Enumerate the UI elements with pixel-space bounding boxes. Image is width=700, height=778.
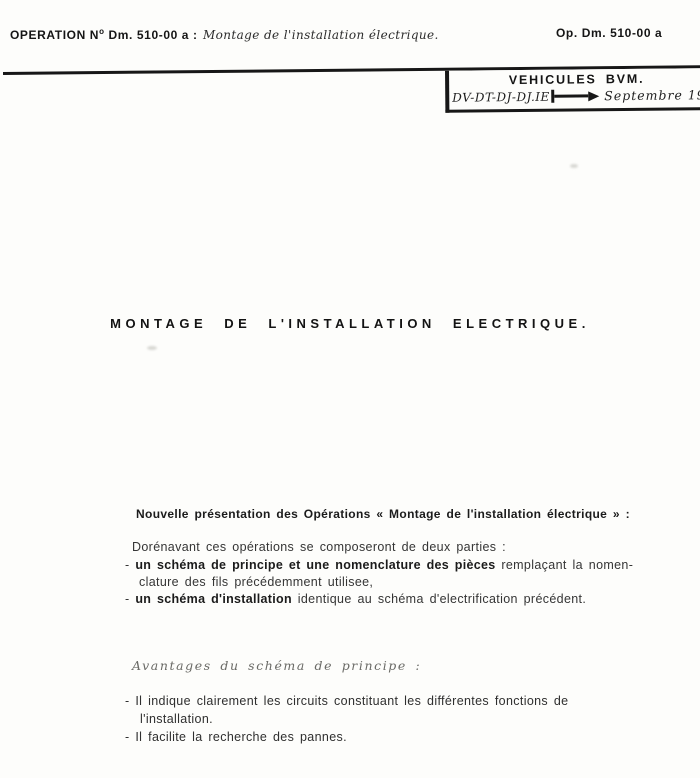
list-item-bold-fragment: un schéma de principe et une nomenclatur… <box>135 558 495 572</box>
right-arrow-icon <box>552 89 600 102</box>
header-operation-line: OPERATION No Dm. 510-00 a : Montage de l… <box>10 27 439 42</box>
list-item: - Il facilite la recherche des pannes. <box>125 730 347 744</box>
list-item: - Il indique clairement les circuits con… <box>125 694 568 708</box>
arrow-stem <box>554 95 588 98</box>
bullet-dash: - <box>125 558 130 572</box>
stamp-date: Septembre 1971 <box>604 87 700 103</box>
header-op-reference: Op. Dm. 510-00 a <box>556 26 662 40</box>
page-title: MONTAGE DE L'INSTALLATION ELECTRIQUE. <box>0 316 700 331</box>
vehicle-stamp-box: VEHICULES BVM. DV-DT-DJ-DJ.IE Septembre … <box>445 68 700 112</box>
stamp-models-line: DV-DT-DJ-DJ.IE Septembre 1971 <box>449 87 700 104</box>
list-item-text: identique au schéma d'electrification pr… <box>298 592 586 606</box>
document-page: OPERATION No Dm. 510-00 a : Montage de l… <box>0 0 700 778</box>
list-item: - un schéma d'installation identique au … <box>125 592 586 606</box>
list-item-text: Il indique clairement les circuits const… <box>135 694 568 708</box>
stamp-vehicles-label: VEHICULES BVM. <box>449 71 700 87</box>
arrow-head <box>588 91 599 101</box>
list-item-text: Il facilite la recherche des pannes. <box>135 730 347 744</box>
scan-speck <box>570 164 578 168</box>
list-item-bold-fragment: un schéma d'installation <box>135 592 292 606</box>
scan-speck <box>147 346 157 350</box>
list-item: - un schéma de principe et une nomenclat… <box>125 558 633 572</box>
operation-subject: Montage de l'installation électrique. <box>203 28 439 42</box>
list-item-continuation: l'installation. <box>140 712 213 726</box>
list-item-continuation: clature des fils précédemment utilisee, <box>139 575 373 589</box>
bullet-dash: - <box>125 730 130 744</box>
paragraph-intro: Dorénavant ces opérations se composeront… <box>132 540 506 554</box>
stamp-model-codes: DV-DT-DJ-DJ.IE <box>452 89 550 104</box>
bullet-dash: - <box>125 694 130 708</box>
header-rule-band: VEHICULES BVM. DV-DT-DJ-DJ.IE Septembre … <box>3 65 700 75</box>
section-heading-new-presentation: Nouvelle présentation des Opérations « M… <box>136 507 630 521</box>
bullet-dash: - <box>125 592 130 606</box>
operation-label: OPERATION No Dm. 510-00 a : <box>10 28 198 42</box>
section-heading-advantages: Avantages du schéma de principe : <box>132 658 421 673</box>
list-item-text: remplaçant la nomen- <box>501 558 633 572</box>
